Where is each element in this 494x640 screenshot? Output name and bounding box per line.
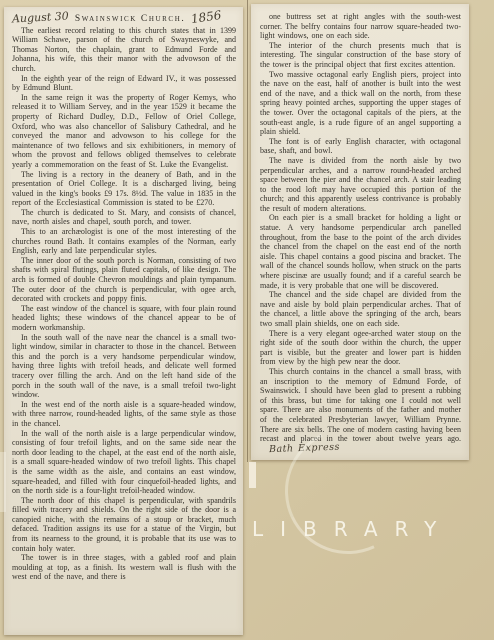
handwritten-year: 1856	[191, 11, 223, 25]
clipping-paragraph: In the wall of the north aisle is a larg…	[12, 429, 236, 496]
clipping-right-column: one buttress set at right angles with th…	[251, 4, 469, 460]
clipping-paragraph: In the same reign it was the property of…	[12, 93, 236, 170]
clipping-paragraph: The earliest record relating to this chu…	[12, 26, 236, 74]
clipping-title: Swainswick Church.	[75, 15, 186, 25]
watermark-mark	[249, 462, 256, 488]
clipping-paragraph: The interior of the church presents much…	[260, 41, 461, 70]
clipping-paragraph: The nave is divided from the north aisle…	[260, 156, 461, 214]
clipping-paragraph: The church is dedicated to St. Mary, and…	[12, 208, 236, 227]
clipping-paragraph: In the west end of the north aisle is a …	[12, 400, 236, 429]
library-watermark: LIBRARY	[252, 517, 472, 541]
clipping-paragraph: There is a very elegant ogee-arched wate…	[260, 329, 461, 367]
clipping-left-column: August 30 Swainswick Church. 1856 The ea…	[4, 7, 243, 635]
clipping-paragraph: The living is a rectory in the deanery o…	[12, 170, 236, 208]
clipping-paragraph: Two massive octagonal early English pier…	[260, 70, 461, 137]
right-column-text: one buttress set at right angles with th…	[260, 12, 461, 367]
paper-crease-line	[247, 0, 248, 462]
clipping-paragraph: In the eighth year of the reign of Edwar…	[12, 74, 236, 93]
clipping-paragraph: The chancel and the side chapel are divi…	[260, 290, 461, 328]
watermark-mark	[0, 452, 6, 512]
clipping-paragraph: In the south wall of the nave near the c…	[12, 333, 236, 400]
clipping-paragraph: The north door of this chapel is perpend…	[12, 496, 236, 554]
handwritten-date: August 30	[12, 12, 69, 25]
clipping-paragraph: On each pier is a small bracket for hold…	[260, 213, 461, 290]
clipping-paragraph: This to an archæologist is one of the mo…	[12, 227, 236, 256]
clipping-header: August 30 Swainswick Church. 1856	[12, 13, 236, 25]
left-column-text: The earliest record relating to this chu…	[12, 26, 236, 582]
clipping-paragraph: The east window of the chancel is square…	[12, 304, 236, 333]
clipping-paragraph: The inner door of the south porch is Nor…	[12, 256, 236, 304]
clipping-paragraph: one buttress set at right angles with th…	[260, 12, 461, 41]
scanned-clipping-page: August 30 Swainswick Church. 1856 The ea…	[0, 0, 494, 640]
clipping-paragraph: The tower is in three stages, with a gab…	[12, 553, 236, 582]
clipping-paragraph: The font is of early English character, …	[260, 137, 461, 156]
